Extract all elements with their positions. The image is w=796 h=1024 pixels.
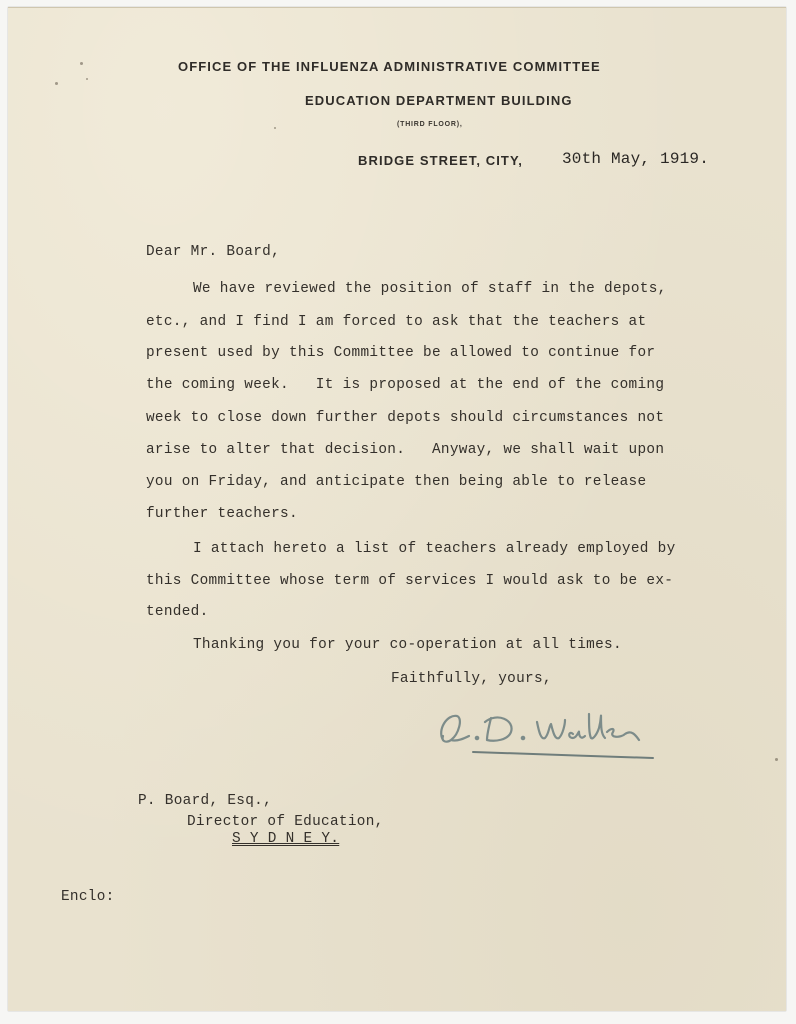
signature-scrawl-icon: [425, 700, 685, 770]
body-line: I attach hereto a list of teachers alrea…: [193, 541, 676, 557]
body-line: this Committee whose term of services I …: [146, 573, 673, 589]
addressee-city: S Y D N E Y.: [232, 831, 339, 847]
body-line: tended.: [146, 604, 209, 620]
addressee-name: P. Board, Esq.,: [138, 793, 272, 809]
salutation: Dear Mr. Board,: [146, 244, 280, 260]
body-line: you on Friday, and anticipate then being…: [146, 474, 646, 490]
paper-speck: [775, 758, 778, 761]
closing: Faithfully, yours,: [391, 671, 552, 687]
letterhead-building: EDUCATION DEPARTMENT BUILDING: [305, 93, 573, 108]
body-line: arise to alter that decision. Anyway, we…: [146, 442, 664, 458]
enclosure-note: Enclo:: [61, 889, 115, 905]
addressee-title: Director of Education,: [187, 814, 384, 830]
paper-speck: [80, 62, 83, 65]
letterhead-floor: (THIRD FLOOR),: [397, 121, 463, 128]
letterhead-office: OFFICE OF THE INFLUENZA ADMINISTRATIVE C…: [178, 59, 601, 74]
body-line: Thanking you for your co-operation at al…: [193, 637, 622, 653]
body-line: We have reviewed the position of staff i…: [193, 281, 667, 297]
paper-speck: [274, 127, 276, 129]
body-line: etc., and I find I am forced to ask that…: [146, 314, 646, 330]
body-line: present used by this Committee be allowe…: [146, 345, 655, 361]
body-line: further teachers.: [146, 506, 298, 522]
paper-speck: [55, 82, 58, 85]
paper-speck: [86, 78, 88, 80]
letter-date: 30th May, 1919.: [562, 150, 709, 168]
letterhead-street: BRIDGE STREET, CITY,: [358, 153, 523, 168]
body-line: week to close down further depots should…: [146, 410, 664, 426]
body-line: the coming week. It is proposed at the e…: [146, 377, 664, 393]
signature: [425, 700, 685, 770]
